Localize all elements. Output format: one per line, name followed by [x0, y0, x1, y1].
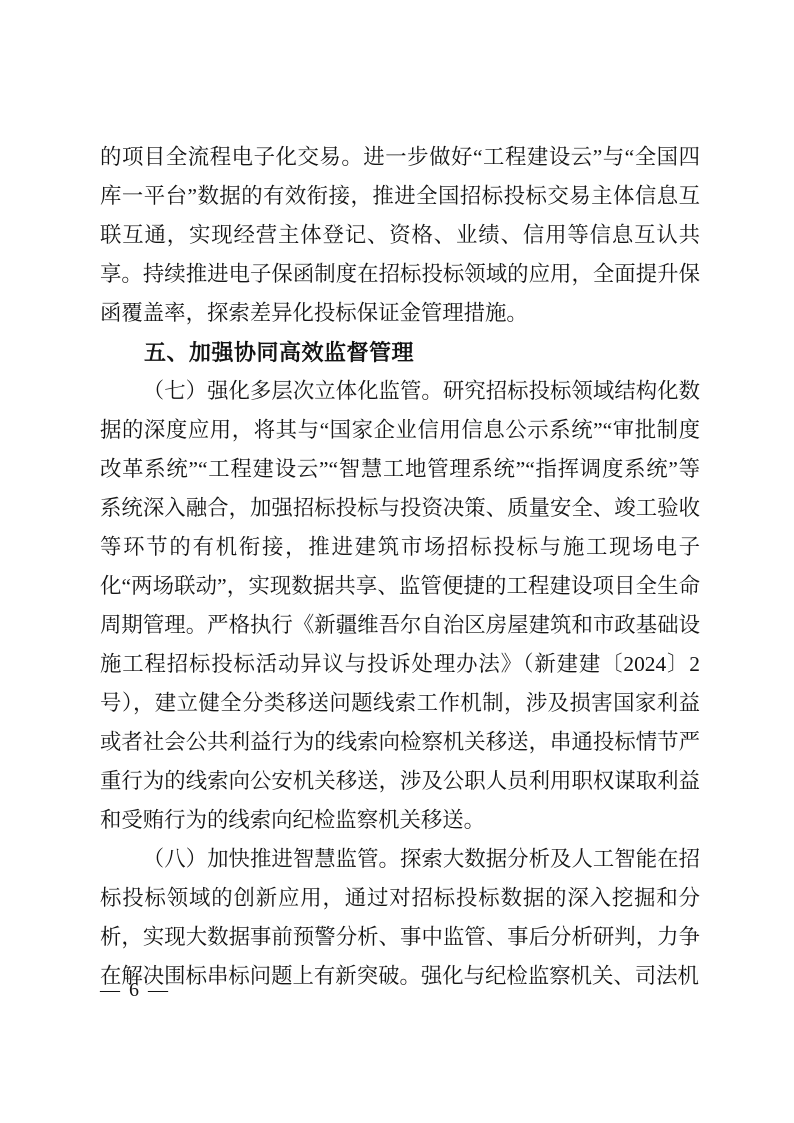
paragraph-eight-lead: （八）加快推进智慧监管。 — [143, 847, 400, 871]
paragraph-continuation: 的项目全流程电子化交易。进一步做好“工程建设云”与“全国四库一平台”数据的有效衔… — [100, 138, 700, 333]
document-content: 的项目全流程电子化交易。进一步做好“工程建设云”与“全国四库一平台”数据的有效衔… — [100, 138, 700, 996]
paragraph-seven-lead: （七）强化多层次立体化监管。 — [143, 379, 443, 403]
paragraph-seven-text: 研究招标投标领域结构化数据的深度应用，将其与“国家企业信用信息公示系统”“审批制… — [100, 379, 700, 832]
document-page: 的项目全流程电子化交易。进一步做好“工程建设云”与“全国四库一平台”数据的有效衔… — [0, 0, 794, 1123]
section-heading: 五、加强协同高效监督管理 — [100, 333, 700, 372]
paragraph-seven: （七）强化多层次立体化监管。研究招标投标领域结构化数据的深度应用，将其与“国家企… — [100, 372, 700, 840]
page-number: — 6 — — [100, 977, 170, 1003]
paragraph-eight: （八）加快推进智慧监管。探索大数据分析及人工智能在招标投标领域的创新应用，通过对… — [100, 840, 700, 996]
